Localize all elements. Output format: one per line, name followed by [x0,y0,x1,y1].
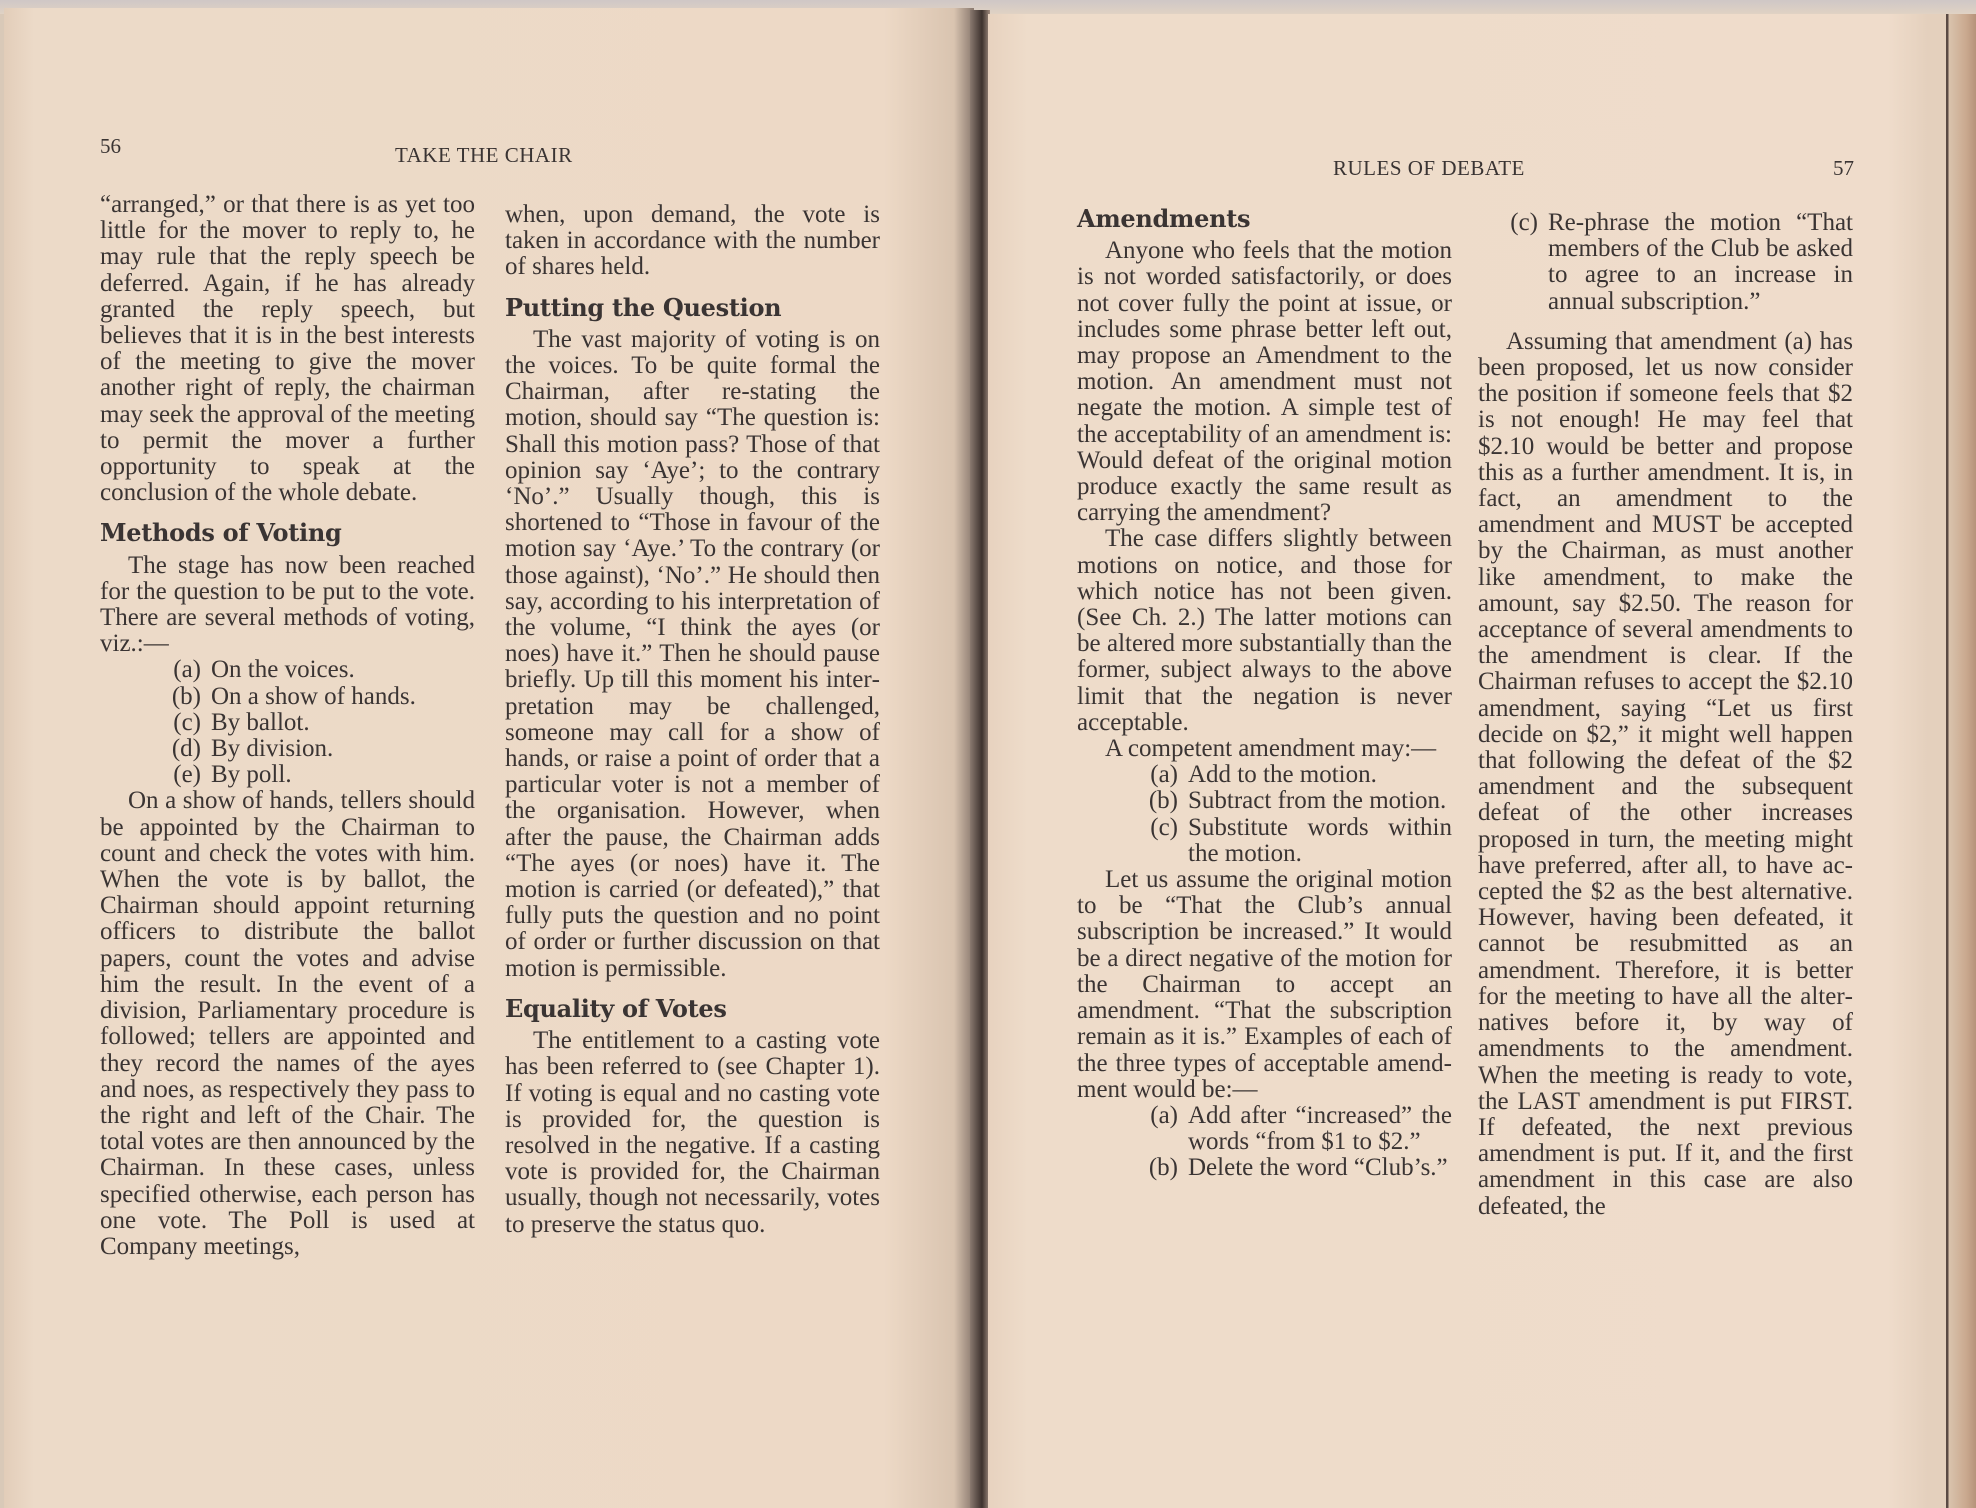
paragraph: The entitlement to a cast­ing vote has b… [505,1028,880,1238]
paragraph: Let us assume the original motion to be … [1077,867,1452,1103]
page-number-left: 56 [100,134,121,159]
list-item: (a)On the voices. [146,657,475,683]
left-page-column-2: when, upon demand, the vote is taken in … [505,202,880,1238]
amendment-examples-list-continued: (c)Re-phrase the mo­tion “That members o… [1478,210,1853,315]
list-item: (c)Substitute words within the motion. [1123,815,1452,867]
list-item: (c)By ballot. [146,710,475,736]
list-item: (b)Delete the word “Club’s.” [1123,1155,1452,1181]
right-page-column-1: Amendments Anyone who feels that the mot… [1077,206,1452,1182]
left-page-column-1: “arranged,” or that there is as yet too … [100,192,475,1260]
section-heading-methods-of-voting: Methods of Voting [100,520,475,546]
book-gutter [970,10,990,1508]
section-heading-putting-the-question: Putting the Question [505,295,880,321]
paragraph: The vast majority of voting is on the vo… [505,327,880,982]
right-page-column-2: (c)Re-phrase the mo­tion “That members o… [1478,210,1853,1220]
running-head-right: RULES OF DEBATE [1333,156,1525,181]
list-item: (e)By poll. [146,762,475,788]
list-item: (b)Subtract from the motion. [1123,788,1452,814]
page-edge [1946,14,1976,1508]
page-number-right: 57 [1833,156,1854,181]
list-item: (c)Re-phrase the mo­tion “That members o… [1478,210,1853,315]
paragraph: “arranged,” or that there is as yet too … [100,192,475,506]
section-heading-equality-of-votes: Equality of Votes [505,996,880,1022]
list-item: (a)Add after “increas­ed” the words “fro… [1123,1103,1452,1155]
competent-amendment-list: (a)Add to the motion. (b)Subtract from t… [1123,762,1452,867]
paragraph: Anyone who feels that the motion is not … [1077,238,1452,526]
amendment-examples-list: (a)Add after “increas­ed” the words “fro… [1123,1103,1452,1182]
paragraph: On a show of hands, tellers should be ap… [100,788,475,1260]
paragraph: A competent amendment may:— [1077,736,1452,762]
paragraph: The stage has now been reached for the q… [100,553,475,658]
section-heading-amendments: Amendments [1077,206,1452,232]
voting-methods-list: (a)On the voices. (b)On a show of hands.… [146,657,475,788]
paragraph: Assuming that amendment (a) has been pro… [1478,329,1853,1220]
list-item: (b)On a show of hands. [146,684,475,710]
list-item: (a)Add to the motion. [1123,762,1452,788]
paragraph: when, upon demand, the vote is taken in … [505,202,880,281]
list-item: (d)By division. [146,736,475,762]
running-head-left: TAKE THE CHAIR [395,143,573,168]
paragraph: The case differs slightly be­tween motio… [1077,526,1452,736]
